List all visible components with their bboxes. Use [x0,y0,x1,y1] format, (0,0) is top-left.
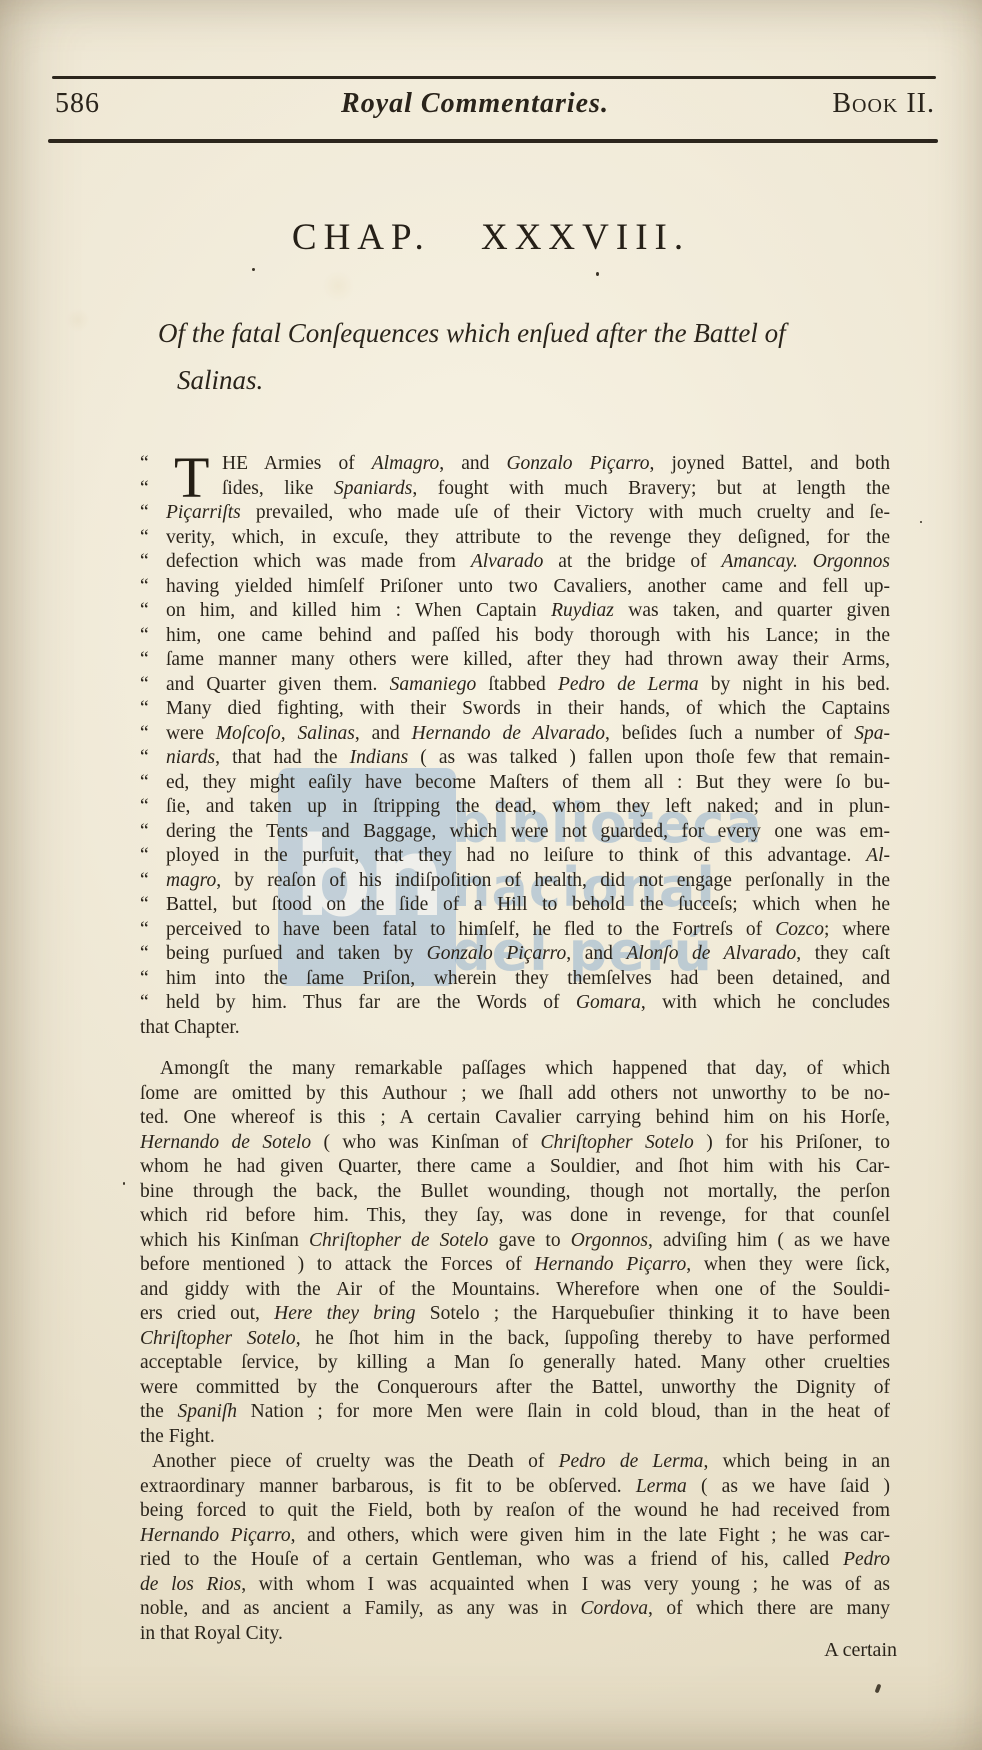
ink-speck [252,268,255,271]
text-line: Amongſt the many remarkable paſſages whi… [140,1057,890,1082]
ink-speck [920,521,922,523]
text-line: Chriſtopher Sotelo, he ſhot him in the b… [140,1327,890,1352]
text-line: “held by him. Thus far are the Words of … [140,991,890,1016]
chapter-subtitle-line: Of the fatal Conſequences which enſued a… [140,310,910,357]
quote-mark: “ [140,722,149,747]
quote-mark: “ [140,820,149,845]
book-page: bn biblioteca nacional del perú 586 Roya… [0,0,982,1750]
quote-mark: “ [140,967,149,992]
text-line: which his Kinſman Chriſtopher de Sotelo … [140,1229,890,1254]
text-line: extraordinary manner barbarous, is fit t… [140,1475,890,1500]
paragraph: Amongſt the many remarkable paſſages whi… [140,1057,890,1449]
ink-speck [875,1684,882,1694]
text-line: before mentioned ) to attack the Forces … [140,1253,890,1278]
text-line: ſome are omitted by this Authour ; we ſh… [140,1082,890,1107]
text-line: “being purſued and taken by Gonzalo Piça… [140,942,890,967]
header-rule-top [52,76,936,79]
text-line: ried to the Houſe of a certain Gentleman… [140,1548,890,1573]
text-line: “ployed in the purſuit, that they had no… [140,844,890,869]
quote-mark: “ [140,918,149,943]
text-line: “ſides, like Spaniards, fought with much… [140,477,890,502]
text-line: “defection which was made from Alvarado … [140,550,890,575]
text-line: being forced to quit the Field, both by … [140,1499,890,1524]
text-line: “Many died fighting, with their Swords i… [140,697,890,722]
ink-speck [123,1182,125,1185]
quote-mark: “ [140,452,149,477]
text-line: “having yielded himſelf Priſoner unto tw… [140,575,890,600]
text-line: “magro, by reaſon of his indiſpoſition o… [140,869,890,894]
text-line: “and Quarter given them. Samaniego ſtabb… [140,673,890,698]
text-line: were committed by the Conquerours after … [140,1376,890,1401]
quote-mark: “ [140,673,149,698]
text-line: Hernando de Sotelo ( who was Kinſman of … [140,1131,890,1156]
chapter-heading: CHAP. XXXVIII. [0,216,982,259]
text-line: “were Moſcoſo, Salinas, and Hernando de … [140,722,890,747]
running-title: Royal Commentaries. [185,88,765,120]
text-line: ers cried out, Here they bring Sotelo ; … [140,1302,890,1327]
text-line: “Piçarriſts prevailed, who made uſe of t… [140,501,890,526]
body-text: T “HE Armies of Almagro, and Gonzalo Piç… [140,452,890,1646]
quote-mark: “ [140,648,149,673]
text-line: “on him, and killed him : When Captain R… [140,599,890,624]
quote-mark: “ [140,746,149,771]
page-number: 586 [55,88,185,120]
quote-mark: “ [140,501,149,526]
text-line: “HE Armies of Almagro, and Gonzalo Piçar… [140,452,890,477]
quote-mark: “ [140,624,149,649]
text-line: which rid before him. This, they ſay, wa… [140,1204,890,1229]
text-line: “Battel, but ſtood on the ſide of a Hill… [140,893,890,918]
quote-mark: “ [140,844,149,869]
text-line: the Spaniſh Nation ; for more Men were ſ… [140,1400,890,1425]
text-line: “dering the Tents and Baggage, which wer… [140,820,890,845]
text-line: “him, one came behind and paſſed his bod… [140,624,890,649]
book-label: Book II. [765,88,935,120]
catchword: A certain [824,1639,897,1662]
text-line: noble, and as ancient a Family, as any w… [140,1597,890,1622]
text-line: bine through the back, the Bullet woundi… [140,1180,890,1205]
quote-mark: “ [140,771,149,796]
quote-mark: “ [140,575,149,600]
quote-mark: “ [140,477,149,502]
text-line: “him into the ſame Priſon, wherein they … [140,967,890,992]
text-line: “verity, which, in excuſe, they attribut… [140,526,890,551]
ink-speck [596,272,599,276]
quote-mark: “ [140,869,149,894]
text-line: the Fight. [140,1425,890,1450]
text-line: “ed, they might eaſily have become Maſte… [140,771,890,796]
paragraph: “HE Armies of Almagro, and Gonzalo Piçar… [140,452,890,1040]
text-line: “ſie, and taken up in ſtripping the dead… [140,795,890,820]
quote-mark: “ [140,991,149,1016]
text-line: Hernando Piçarro, and others, which were… [140,1524,890,1549]
text-line: whom he had given Quarter, there came a … [140,1155,890,1180]
chapter-subtitle-line: Salinas. [140,357,910,404]
quote-mark: “ [140,599,149,624]
text-line: Another piece of cruelty was the Death o… [140,1450,890,1475]
text-line: “ſame manner many others were killed, af… [140,648,890,673]
quote-mark: “ [140,893,149,918]
text-line: acceptable ſervice, by killing a Man ſo … [140,1351,890,1376]
text-line: and giddy with the Air of the Mountains.… [140,1278,890,1303]
quote-mark: “ [140,697,149,722]
header-rule-bottom [48,139,938,143]
chapter-subtitle: Of the fatal Conſequences which enſued a… [140,310,910,404]
quote-mark: “ [140,942,149,967]
page-header: 586 Royal Commentaries. Book II. [55,88,935,128]
quote-mark: “ [140,795,149,820]
text-line: ted. One whereof is this ; A certain Cav… [140,1106,890,1131]
quote-mark: “ [140,550,149,575]
paragraph: Another piece of cruelty was the Death o… [140,1450,890,1646]
text-line: “niards, that had the Indians ( as was t… [140,746,890,771]
drop-cap: T [174,453,209,503]
text-line: de los Rios, with whom I was acquainted … [140,1573,890,1598]
quote-mark: “ [140,526,149,551]
text-line: that Chapter. [140,1016,890,1041]
text-line: “perceived to have been fatal to himſelf… [140,918,890,943]
text-line: in that Royal City. [140,1622,890,1647]
